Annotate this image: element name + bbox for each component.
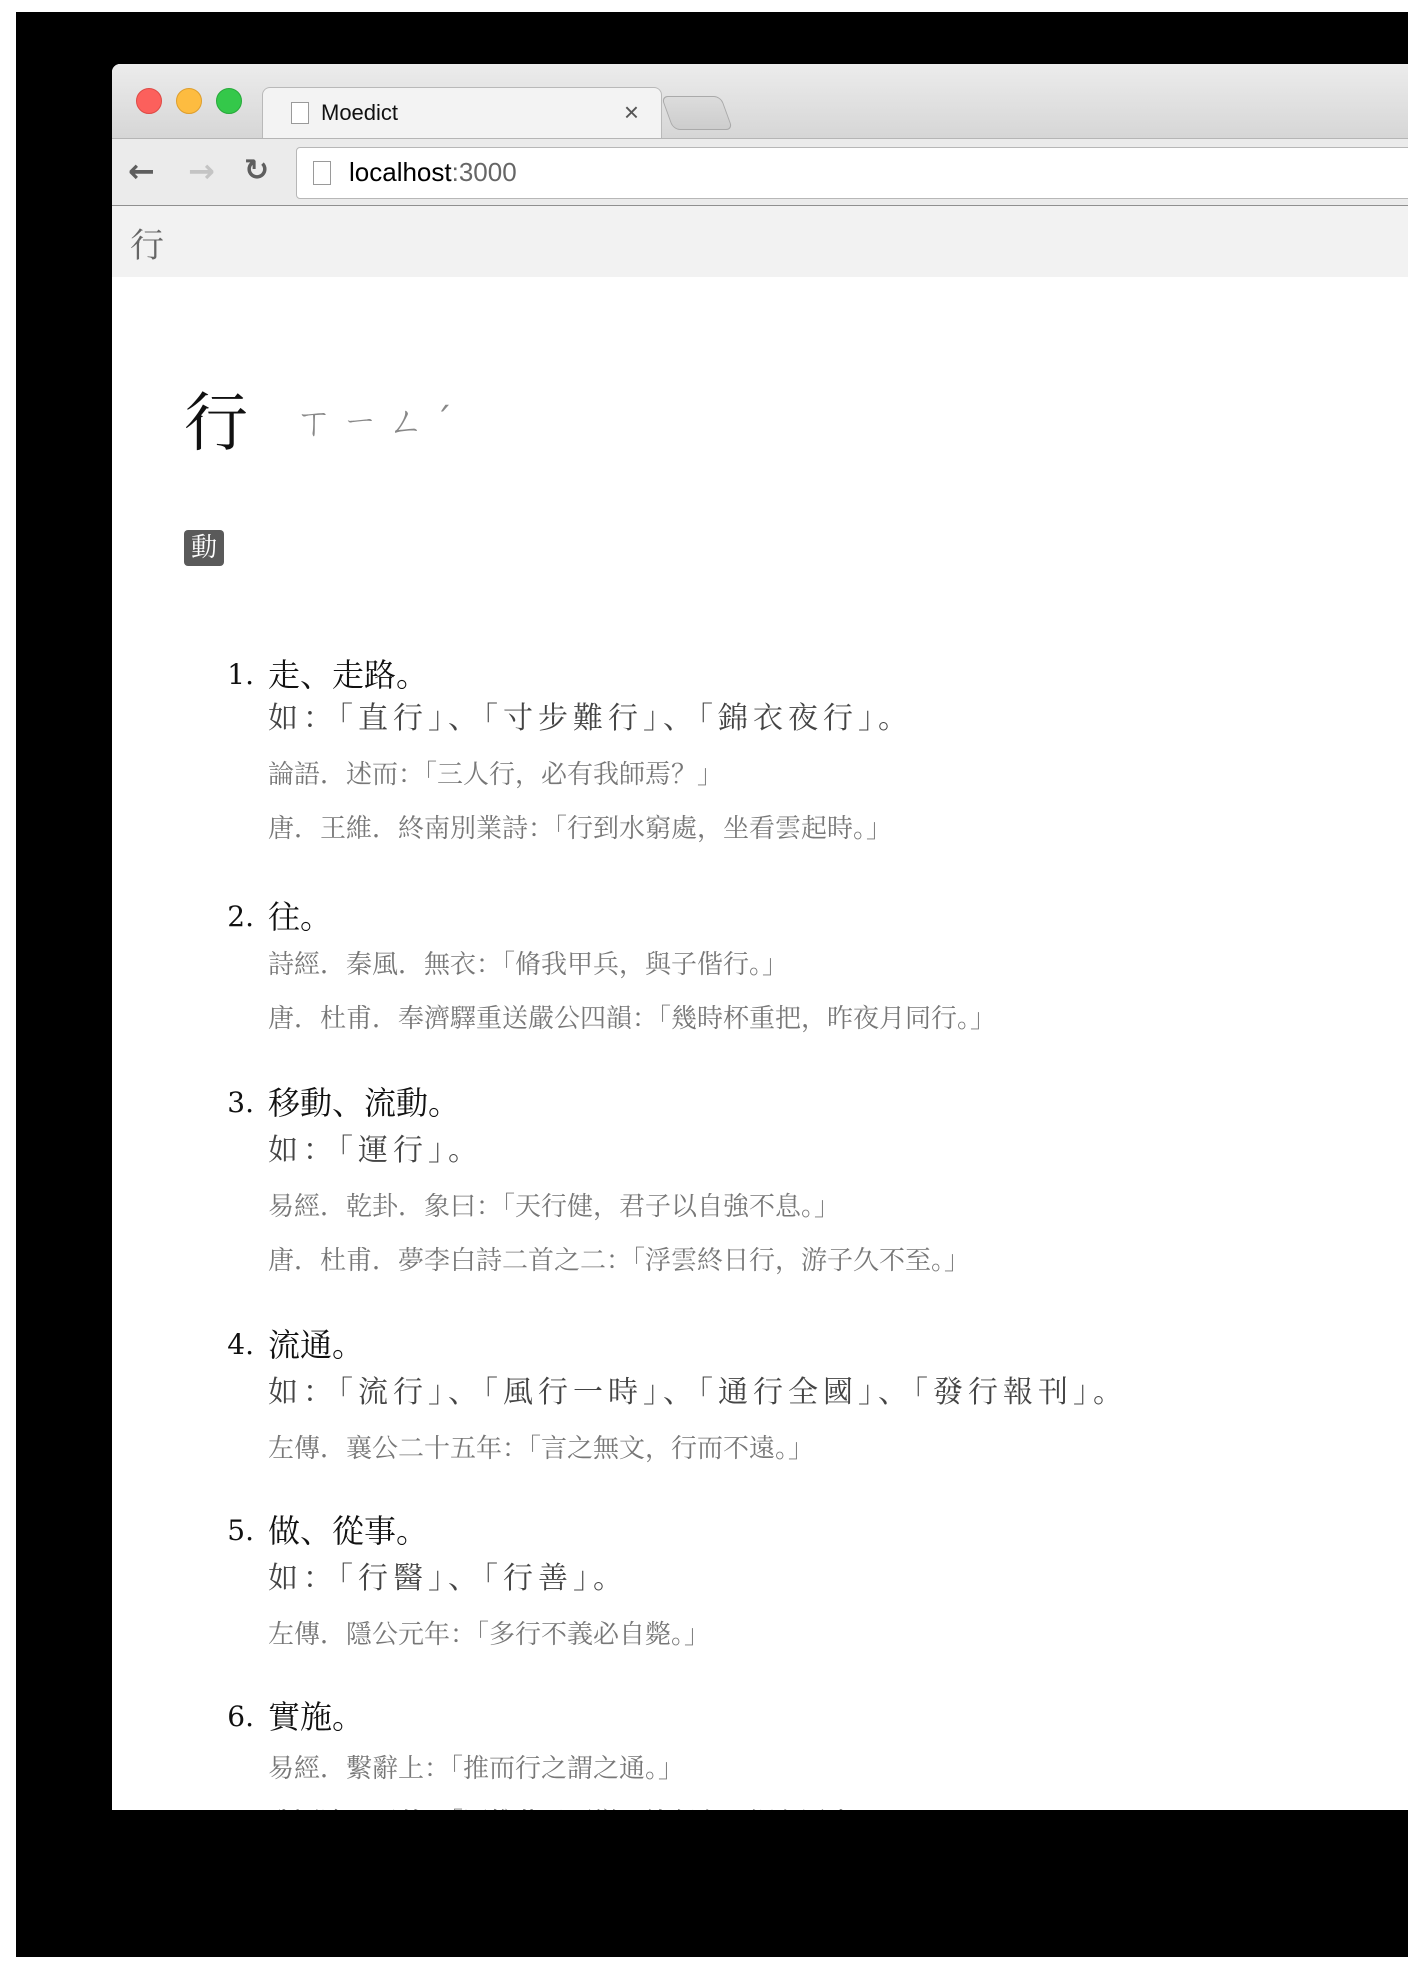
definition-quote[interactable]: 易經．繫辭上：「推而行之謂之通。」: [268, 1751, 684, 1787]
definition-text: 實施。: [268, 1697, 364, 1737]
toolbar: ← → ↻ localhost:3000: [112, 138, 1408, 206]
definition-number: 3.: [208, 1083, 254, 1123]
entry-title: 行: [184, 384, 248, 464]
bopomofo: ㄒㄧㄥˊ: [296, 398, 462, 448]
new-tab-button[interactable]: [661, 96, 733, 130]
definition-number: 6.: [208, 1697, 254, 1737]
definition-number: 4.: [208, 1325, 254, 1365]
definition-text: 走、走路。: [268, 655, 428, 695]
tab-moedict[interactable]: Moedict ×: [262, 87, 662, 140]
definition-text: 移動、流動。: [268, 1083, 460, 1123]
reload-icon[interactable]: ↻: [244, 153, 269, 189]
definition-quote[interactable]: 詩經．秦風．無衣：「脩我甲兵，與子偕行。」: [268, 947, 788, 983]
close-tab-icon[interactable]: ×: [624, 97, 639, 128]
forward-arrow-icon[interactable]: →: [188, 153, 215, 189]
close-window-button[interactable]: [136, 88, 162, 114]
definition-example: 如：「直行」、「寸步難行」、「錦衣夜行」。: [268, 699, 913, 739]
definition-quote[interactable]: 唐．王維．終南別業詩：「行到水窮處，坐看雲起時。」: [268, 811, 892, 847]
definition-quote[interactable]: 易經．乾卦．象曰：「天行健，君子以自強不息。」: [268, 1189, 840, 1225]
url-host: localhost: [349, 157, 452, 187]
tab-title: Moedict: [321, 100, 398, 126]
definition-example: 如：「運行」。: [268, 1131, 483, 1171]
tab-bar: Moedict ×: [112, 64, 1408, 138]
page-icon: [313, 161, 331, 185]
definition-text: 往。: [268, 897, 332, 937]
zoom-window-button[interactable]: [216, 88, 242, 114]
address-bar[interactable]: localhost:3000: [296, 147, 1408, 199]
definition-example: 如：「流行」、「風行一時」、「通行全國」、「發行報刊」。: [268, 1373, 1128, 1413]
minimize-window-button[interactable]: [176, 88, 202, 114]
definition-quote[interactable]: 論語．述而：「三人行，必有我師焉？」: [268, 757, 723, 793]
definition-quote[interactable]: 孔穎達．正義：「因推此以可變而施行之，謂之通也。」: [268, 1805, 892, 1810]
back-arrow-icon[interactable]: ←: [128, 153, 155, 189]
definition-example: 如：「行醫」、「行善」。: [268, 1559, 628, 1599]
definition-text: 流通。: [268, 1325, 364, 1365]
definition-quote[interactable]: 唐．杜甫．夢李白詩二首之二：「浮雲終日行，游子久不至。」: [268, 1243, 970, 1279]
definition-number: 5.: [208, 1511, 254, 1551]
definition-quote[interactable]: 唐．杜甫．奉濟驛重送嚴公四韻：「幾時杯重把，昨夜月同行。」: [268, 1001, 996, 1037]
header-query[interactable]: 行: [130, 218, 164, 267]
page-icon: [291, 102, 309, 124]
part-of-speech-badge: 動: [184, 530, 224, 566]
definition-text: 做、從事。: [268, 1511, 428, 1551]
url-port: :3000: [452, 157, 517, 187]
definition-quote[interactable]: 左傳．襄公二十五年：「言之無文，行而不遠。」: [268, 1431, 814, 1467]
definition-quote[interactable]: 左傳．隱公元年：「多行不義必自斃。」: [268, 1617, 710, 1653]
url-text[interactable]: localhost:3000: [349, 157, 517, 188]
definition-number: 2.: [208, 897, 254, 937]
definition-number: 1.: [208, 655, 254, 695]
page-header: 行: [112, 206, 1408, 277]
browser-window: Moedict × ← → ↻ localhost:3000 行 行 ㄒㄧㄥˊ …: [112, 64, 1408, 1810]
